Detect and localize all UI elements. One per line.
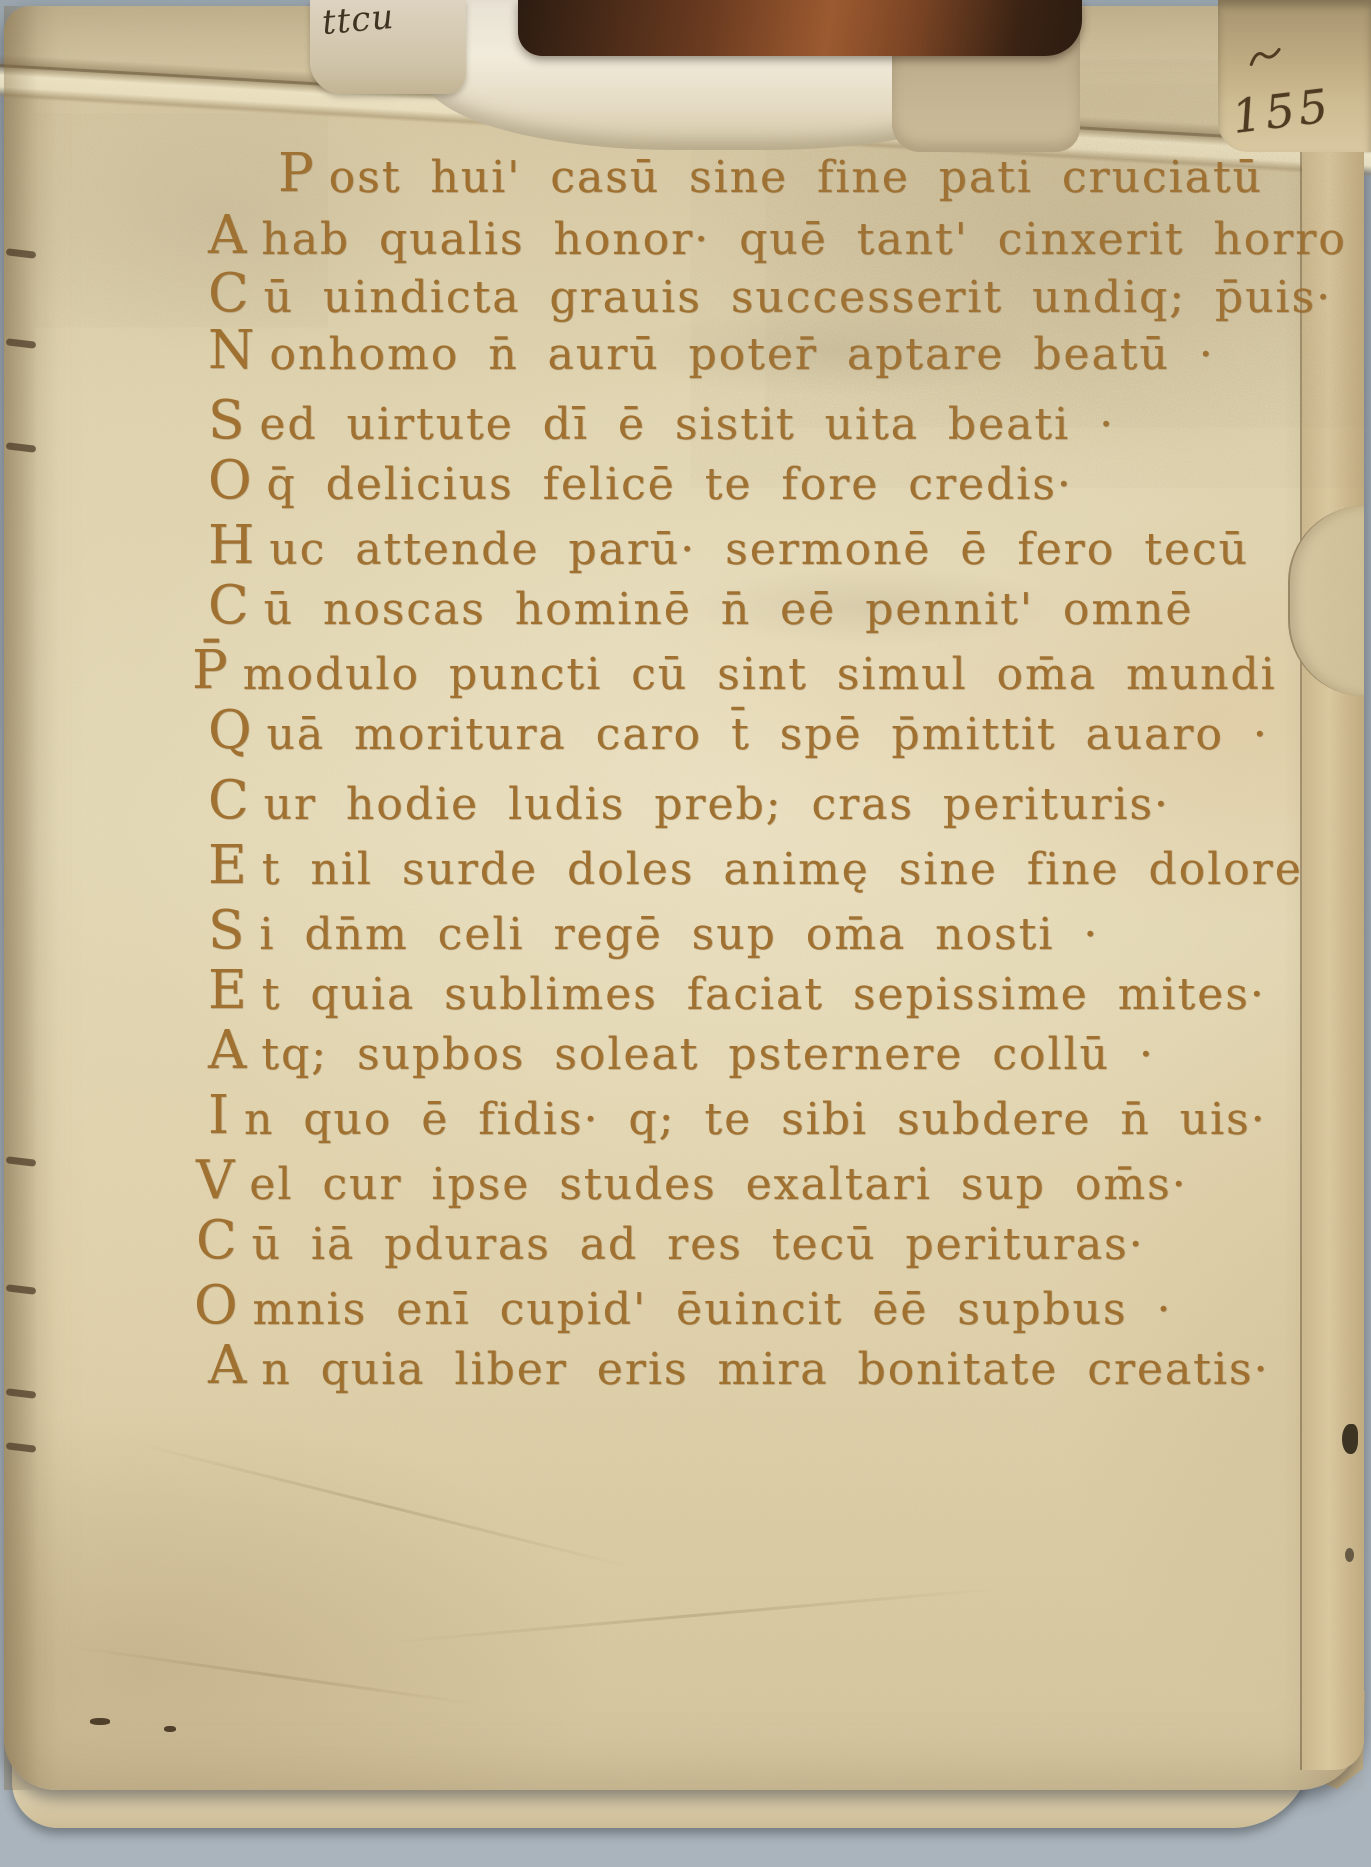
line-initial: Q xyxy=(208,700,253,761)
ink-blot xyxy=(1342,1424,1358,1454)
text-line: Cur hodie ludis preb; cras perituris· xyxy=(208,771,1170,829)
text-line: Ahab qualis honor· quē tant' cinxerit ho… xyxy=(208,206,1347,264)
binding-gutter xyxy=(4,6,38,1790)
manuscript-scan: Post hui' casū sine fine pati cruciatū A… xyxy=(0,0,1371,1867)
line-text: q̄ delicius felicē te fore credis· xyxy=(266,459,1072,510)
text-line: Nonhomo n̄ aurū poter̄ aptare beatū · xyxy=(208,321,1215,379)
line-initial: A xyxy=(208,205,248,266)
line-text: ū iā pduras ad res tecū perituras· xyxy=(252,1219,1145,1270)
speck xyxy=(164,1726,176,1732)
line-text: t quia sublimes faciat sepissime mites· xyxy=(262,969,1266,1020)
line-initial: S xyxy=(208,390,246,451)
text-line: Oq̄ delicius felicē te fore credis· xyxy=(208,451,1073,509)
text-line: P̄modulo puncti cū sint simul om̄a mundi xyxy=(192,641,1277,699)
text-line: An quia liber eris mira bonitate creatis… xyxy=(208,1336,1269,1394)
line-initial: C xyxy=(208,263,251,324)
line-initial: C xyxy=(208,575,251,636)
line-text: onhomo n̄ aurū poter̄ aptare beatū · xyxy=(269,329,1214,380)
line-text: uc attende parū· sermonē ē fero tecū xyxy=(269,524,1249,575)
wrinkle xyxy=(385,1587,1003,1644)
line-text: el cur ipse studes exaltari sup om̄s· xyxy=(249,1159,1187,1210)
text-line: Cū iā pduras ad res tecū perituras· xyxy=(196,1211,1145,1269)
text-line: Cū uindicta grauis successerit undiq; p̄… xyxy=(208,264,1332,322)
leather-cover-remnant xyxy=(518,0,1082,56)
line-text: i dn̄m celi regē sup om̄a nosti · xyxy=(259,909,1099,960)
line-text: hab qualis honor· quē tant' cinxerit hor… xyxy=(261,214,1346,265)
text-line: Et nil surde doles animę sine fine dolor… xyxy=(208,836,1303,894)
wrinkle xyxy=(66,1645,482,1706)
line-text: tq; supbos soleat psternere collū · xyxy=(261,1029,1155,1080)
text-line: Post hui' casū sine fine pati cruciatū xyxy=(278,144,1263,202)
line-initial: C xyxy=(196,1210,239,1271)
text-line: Sed uirtute dī ē sistit uita beati · xyxy=(208,391,1115,449)
text-line: Quā moritura caro t̄ spē p̄mittit auaro … xyxy=(208,701,1269,759)
line-initial: O xyxy=(194,1275,239,1336)
line-text: n quia liber eris mira bonitate creatis· xyxy=(261,1344,1269,1395)
line-initial: P̄ xyxy=(192,640,230,701)
line-initial: H xyxy=(208,515,256,576)
line-initial: C xyxy=(208,770,251,831)
line-initial: O xyxy=(208,450,253,511)
text-line: Et quia sublimes faciat sepissime mites· xyxy=(208,961,1266,1019)
line-text: modulo puncti cū sint simul om̄a mundi xyxy=(243,649,1277,700)
text-line: Si dn̄m celi regē sup om̄a nosti · xyxy=(208,901,1099,959)
text-line: In quo ē fidis· q; te sibi subdere n̄ ui… xyxy=(208,1086,1267,1144)
binding-stub: ttcu xyxy=(310,0,466,94)
line-initial: A xyxy=(208,1335,248,1396)
line-initial: N xyxy=(208,320,256,381)
ink-blot xyxy=(1345,1548,1354,1562)
line-initial: V xyxy=(196,1150,236,1211)
line-initial: E xyxy=(208,960,249,1021)
line-text: mnis enī cupid' ēuincit ēē supbus · xyxy=(252,1284,1172,1335)
binding-stub-text: ttcu xyxy=(320,0,395,43)
line-initial: A xyxy=(208,1020,248,1081)
text-line: Omnis enī cupid' ēuincit ēē supbus · xyxy=(194,1276,1172,1334)
text-block: Post hui' casū sine fine pati cruciatū A… xyxy=(208,140,1338,1440)
line-text: ed uirtute dī ē sistit uita beati · xyxy=(259,399,1115,450)
line-initial: P xyxy=(278,143,316,204)
line-text: t nil surde doles animę sine fine dolore xyxy=(262,844,1303,895)
text-line: Cū noscas hominē n̄ eē pennit' omnē xyxy=(208,576,1193,634)
line-initial: S xyxy=(208,900,246,961)
speck xyxy=(90,1718,110,1725)
text-line: Huc attende parū· sermonē ē fero tecū xyxy=(208,516,1249,574)
line-text: ū uindicta grauis successerit undiq; p̄u… xyxy=(264,272,1333,323)
line-text: ur hodie ludis preb; cras perituris· xyxy=(264,779,1170,830)
text-line: Vel cur ipse studes exaltari sup om̄s· xyxy=(196,1151,1188,1209)
wrinkle xyxy=(131,1441,636,1570)
parchment-page: Post hui' casū sine fine pati cruciatū A… xyxy=(4,6,1364,1790)
text-line: Atq; supbos soleat psternere collū · xyxy=(208,1021,1155,1079)
line-initial: E xyxy=(208,835,249,896)
line-initial: I xyxy=(208,1085,231,1146)
line-text: ū noscas hominē n̄ eē pennit' omnē xyxy=(264,584,1194,635)
line-text: n quo ē fidis· q; te sibi subdere n̄ uis… xyxy=(244,1094,1267,1145)
line-text: ost hui' casū sine fine pati cruciatū xyxy=(329,152,1263,203)
line-text: uā moritura caro t̄ spē p̄mittit auaro · xyxy=(266,709,1268,760)
